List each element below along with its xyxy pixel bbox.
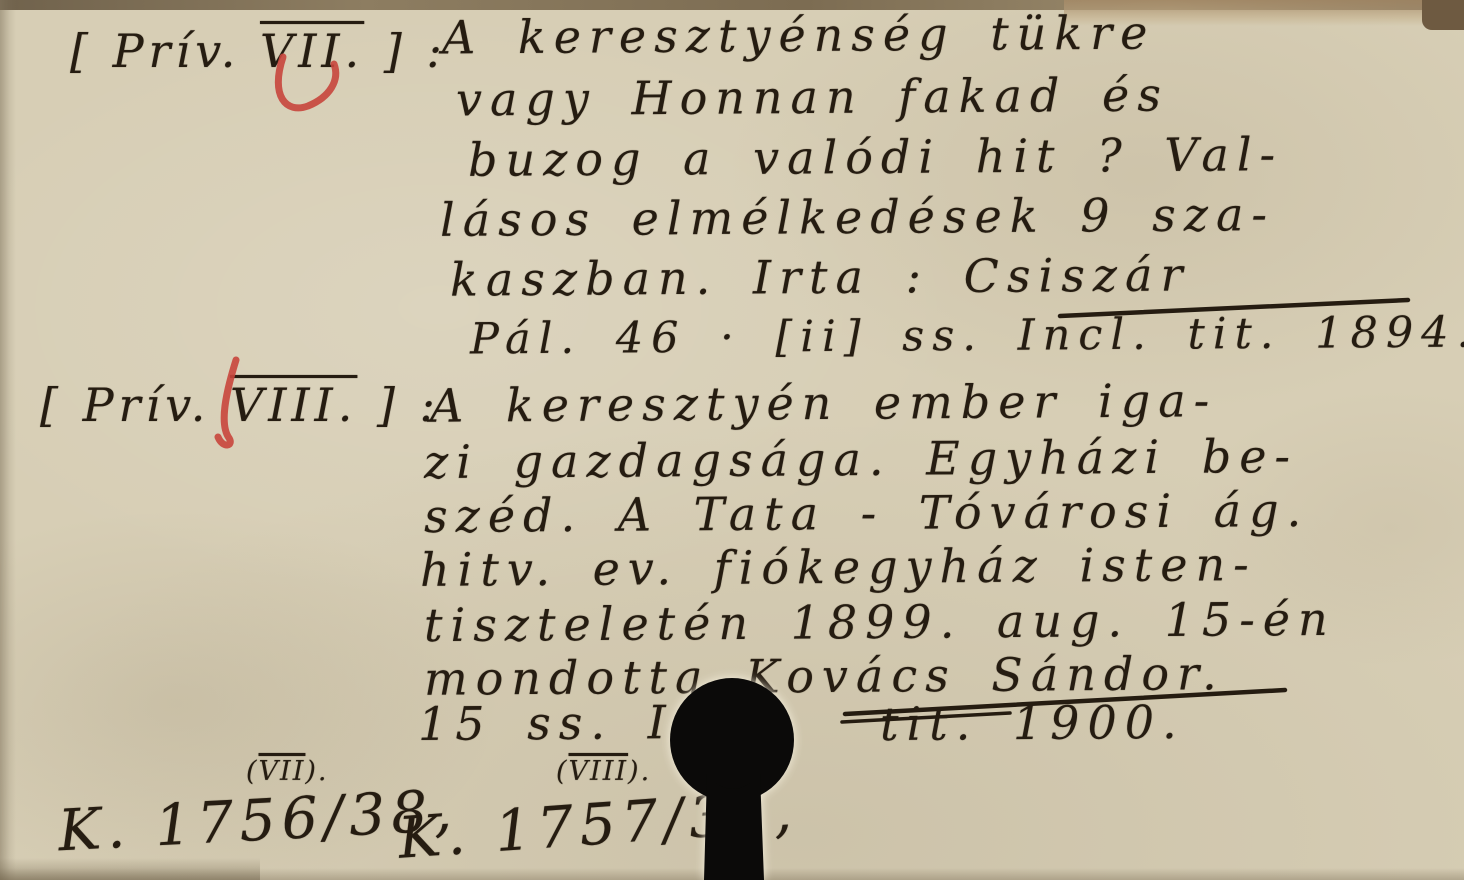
entry-1-line-4: lásos elmélkedések 9 sza-: [440, 187, 1275, 247]
entry-2-line-8: tit. 1900.: [880, 695, 1185, 751]
shelfmark-2-superscript: (VIII).: [556, 756, 651, 787]
entry-1-line-5: kaszban. Irta : Csiszár: [450, 247, 1191, 306]
entry-1-line-3: buzog a valódi hit ? Val-: [468, 127, 1283, 187]
entry-2-line-2: zi gazdagsága. Egyházi be-: [424, 429, 1298, 489]
entry-2-label: [ Prív. VIII. ] :: [40, 378, 440, 432]
entry-1-roman-numeral: VII.: [260, 24, 364, 78]
catalog-card: [ Prív. VII. ] : A keresztyénség tükre v…: [0, 0, 1464, 880]
entry-1-line-6: Pál. 46 · [ii] ss. Incl. tit. 1894.: [470, 307, 1464, 364]
entry-1-label-suffix: ] :: [384, 24, 447, 78]
entry-1-line-2: vagy Honnan fakad és: [456, 68, 1169, 127]
entry-2-roman-numeral: VIII.: [230, 378, 357, 432]
entry-1-label: [ Prív. VII. ] :: [70, 24, 447, 78]
shelfmark-2-sup-close: ).: [628, 756, 651, 787]
punch-hole: [652, 664, 832, 880]
punch-hole-stem: [704, 774, 764, 880]
entry-1-line-1: A keresztyénség tükre: [442, 6, 1156, 65]
shelfmark-1-sup-open: (: [246, 756, 259, 787]
entry-2-line-3: széd. A Tata - Tóvárosi ág.: [424, 483, 1310, 543]
entry-2-label-prefix: [ Prív.: [40, 378, 210, 432]
entry-1-label-prefix: [ Prív.: [70, 24, 240, 78]
top-right-corner-shadow: [1422, 0, 1464, 30]
left-edge-shadow: [0, 0, 16, 880]
entry-2-line-5: tiszteletén 1899. aug. 15-én: [424, 592, 1336, 652]
entry-2-line-1: A keresztyén ember iga-: [430, 373, 1218, 432]
entry-2-line-4: hitv. ev. fiókegyház isten-: [420, 537, 1257, 597]
shelfmark-1-sup-close: ).: [305, 756, 328, 787]
bottom-left-shadow: [0, 858, 260, 880]
shelfmark-1-sup-numeral: VII: [259, 756, 306, 787]
punch-hole-bulb: [670, 678, 794, 802]
shelfmark-2-sup-open: (: [556, 756, 569, 787]
shelfmark-2-sup-numeral: VIII: [569, 756, 629, 787]
shelfmark-1-superscript: (VII).: [246, 756, 329, 787]
